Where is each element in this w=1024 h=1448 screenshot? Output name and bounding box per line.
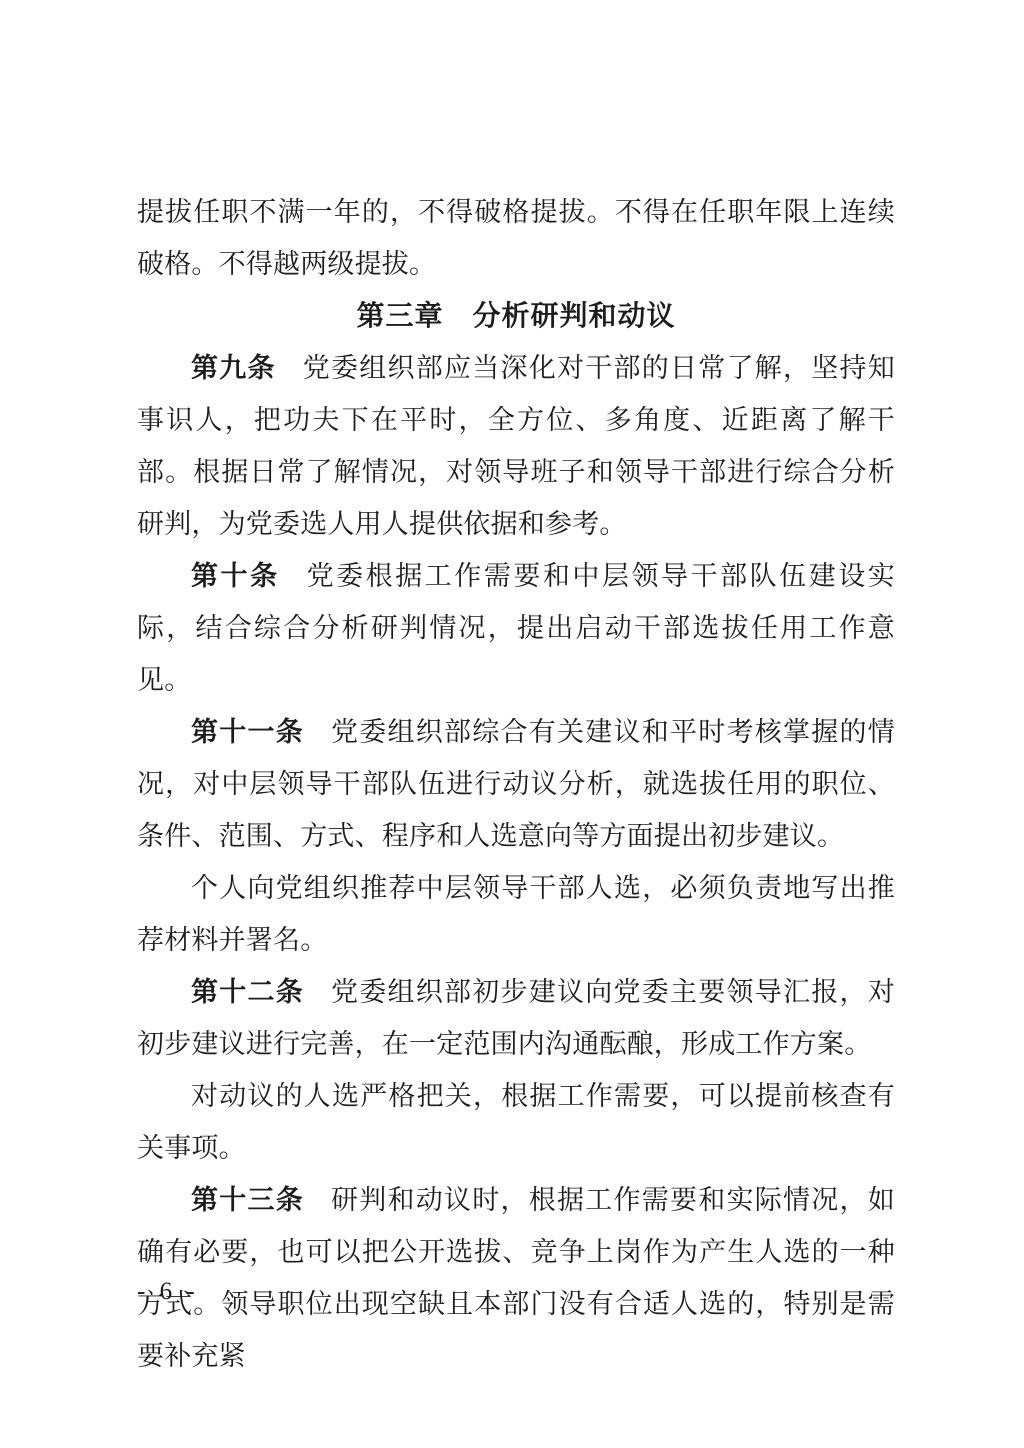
- page-number: - 6 -: [137, 1276, 199, 1308]
- article-number-13: 第十三条: [191, 1185, 304, 1215]
- article-number-9: 第九条: [191, 353, 276, 383]
- paragraph-continuation: 提拔任职不满一年的，不得破格提拔。不得在任职年限上连续破格。不得越两级提拔。: [137, 186, 895, 290]
- paragraph-personal-recommendation: 个人向党组织推荐中层领导干部人选，必须负责地写出推荐材料并署名。: [137, 862, 895, 966]
- article-paragraph-10: 第十条党委根据工作需要和中层领导干部队伍建设实际，结合综合分析研判情况，提出启动…: [137, 550, 895, 706]
- article-paragraph-13: 第十三条研判和动议时，根据工作需要和实际情况，如确有必要，也可以把公开选拔、竞争…: [137, 1174, 895, 1382]
- article-number-12: 第十二条: [191, 977, 304, 1007]
- article-number-10: 第十条: [191, 561, 280, 591]
- article-paragraph-11: 第十一条党委组织部综合有关建议和平时考核掌握的情况，对中层领导干部队伍进行动议分…: [137, 706, 895, 862]
- chapter-heading: 第三章 分析研判和动议: [137, 290, 895, 342]
- document-body: 提拔任职不满一年的，不得破格提拔。不得在任职年限上连续破格。不得越两级提拔。 第…: [137, 186, 895, 1382]
- article-paragraph-9: 第九条党委组织部应当深化对干部的日常了解，坚持知事识人，把功夫下在平时，全方位、…: [137, 342, 895, 550]
- document-page: 提拔任职不满一年的，不得破格提拔。不得在任职年限上连续破格。不得越两级提拔。 第…: [0, 0, 1024, 1448]
- paragraph-candidate-check: 对动议的人选严格把关，根据工作需要，可以提前核查有关事项。: [137, 1070, 895, 1174]
- article-paragraph-12: 第十二条党委组织部初步建议向党委主要领导汇报，对初步建议进行完善，在一定范围内沟…: [137, 966, 895, 1070]
- article-number-11: 第十一条: [191, 717, 304, 747]
